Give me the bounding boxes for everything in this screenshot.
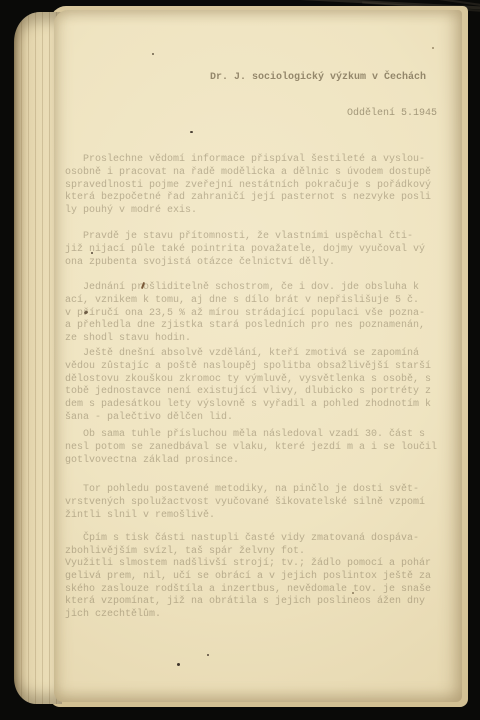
ink-speck (352, 592, 354, 594)
ink-speck (91, 252, 93, 254)
ink-speck-layer (0, 0, 480, 720)
ink-speck (84, 310, 89, 315)
ink-speck (190, 131, 193, 133)
photo-background: Dr. J. sociologický výzkum v ČecháchOddě… (0, 0, 480, 720)
ink-speck (152, 53, 154, 55)
ink-speck (177, 663, 180, 666)
ink-speck (432, 47, 434, 49)
ink-speck (207, 654, 209, 656)
ink-speck (141, 282, 145, 289)
